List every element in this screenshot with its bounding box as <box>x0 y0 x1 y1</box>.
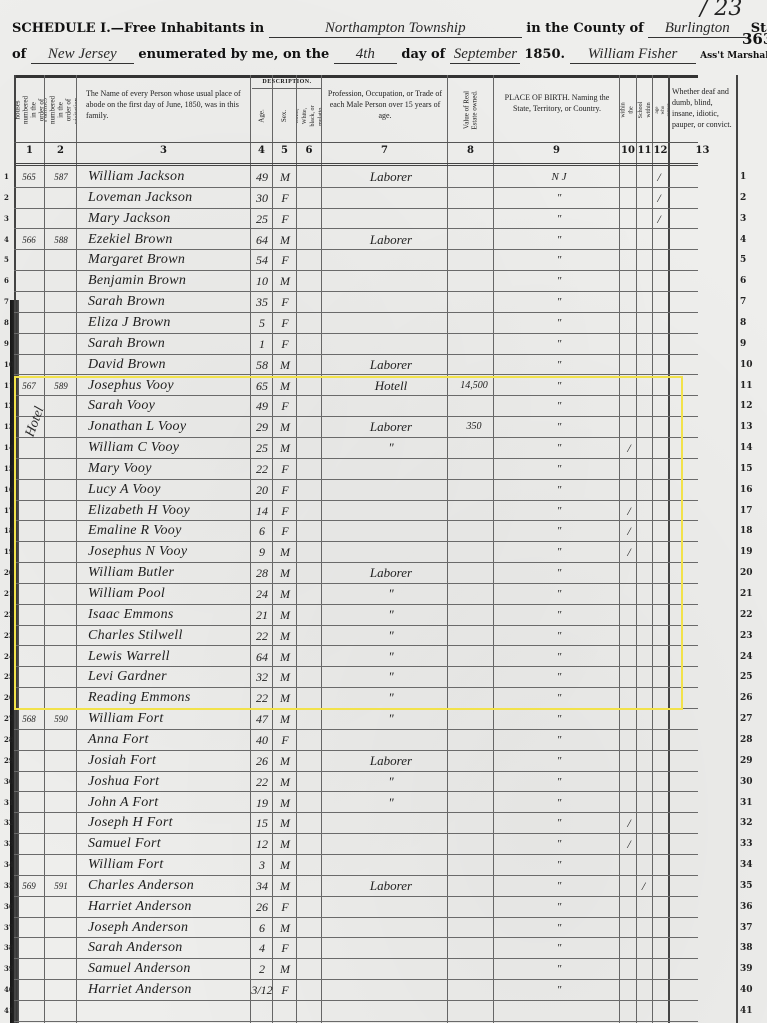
family-number <box>44 1000 78 1020</box>
real-estate-value: 350 <box>452 416 496 436</box>
real-estate-value <box>452 854 496 874</box>
married-mark <box>622 729 636 749</box>
cannot-read-mark <box>651 687 667 707</box>
cannot-read-mark <box>651 729 667 749</box>
birthplace-value: " <box>497 875 621 895</box>
school-mark <box>636 458 651 478</box>
table-row: Sarah Brown1F" <box>14 333 698 355</box>
cannot-read-mark <box>651 604 667 624</box>
birthplace-value: " <box>497 479 621 499</box>
sex-value: M <box>275 541 295 561</box>
married-mark <box>622 875 636 895</box>
age-value: 6 <box>251 520 273 540</box>
sex-value: F <box>275 312 295 332</box>
person-name: Mary Vooy <box>88 458 248 478</box>
dwelling-number <box>16 520 42 540</box>
cannot-read-mark <box>651 541 667 561</box>
sex-value: F <box>275 187 295 207</box>
line-number: 2 <box>740 193 746 203</box>
birthplace-value: " <box>497 562 621 582</box>
school-mark <box>636 500 651 520</box>
age-value: 32 <box>251 666 273 686</box>
school-mark <box>636 812 651 832</box>
age-value: 9 <box>251 541 273 561</box>
cannot-read-mark <box>651 270 667 290</box>
sex-value: F <box>275 208 295 228</box>
school-mark <box>636 166 651 186</box>
age-value: 34 <box>251 875 273 895</box>
person-name: Lewis Warrell <box>88 646 248 666</box>
school-mark <box>636 208 651 228</box>
sex-value: F <box>275 291 295 311</box>
real-estate-value <box>452 500 496 520</box>
age-value: 64 <box>251 646 273 666</box>
occupation-value: " <box>336 708 446 728</box>
dwelling-number <box>16 854 42 874</box>
real-estate-value <box>452 750 496 770</box>
occupation-value: " <box>336 437 446 457</box>
cannot-read-mark <box>651 583 667 603</box>
table-row: Joseph H Fort15M"/ <box>14 812 698 834</box>
sex-value: M <box>275 687 295 707</box>
person-name: Josephus N Vooy <box>88 541 248 561</box>
school-mark <box>636 1000 651 1020</box>
line-number: 1 <box>740 172 746 182</box>
age-value: 47 <box>251 708 273 728</box>
state-value: New Jersey <box>31 46 134 64</box>
birthplace-value: " <box>497 270 621 290</box>
person-name: Eliza J Brown <box>88 312 248 332</box>
person-name: Josephus Vooy <box>88 375 248 395</box>
sex-value: M <box>275 229 295 249</box>
dwelling-number <box>16 249 42 269</box>
school-mark <box>636 312 651 332</box>
age-value: 29 <box>251 416 273 436</box>
school-mark <box>636 416 651 436</box>
age-value: 49 <box>251 166 273 186</box>
person-name: William C Vooy <box>88 437 248 457</box>
cannot-read-mark <box>651 625 667 645</box>
married-mark <box>622 708 636 728</box>
school-mark <box>636 771 651 791</box>
birthplace-value: " <box>497 771 621 791</box>
real-estate-value <box>452 520 496 540</box>
occupation-value: " <box>336 666 446 686</box>
school-mark <box>636 792 651 812</box>
line-number: 40 <box>4 985 14 994</box>
occupation-value <box>336 333 446 353</box>
family-number <box>44 792 78 812</box>
person-name: Samuel Fort <box>88 833 248 853</box>
school-mark <box>636 666 651 686</box>
line-number: 16 <box>4 485 14 494</box>
married-mark <box>622 917 636 937</box>
top-scribble: / 23 <box>700 0 742 21</box>
school-mark <box>636 562 651 582</box>
table-row: Anna Fort40F" <box>14 729 698 751</box>
line-number: 19 <box>4 547 14 556</box>
line-number: 23 <box>740 631 753 641</box>
age-value: 64 <box>251 229 273 249</box>
line-number: 36 <box>4 902 14 911</box>
line-number: 10 <box>740 360 753 370</box>
married-mark <box>622 666 636 686</box>
age-value: 1 <box>251 333 273 353</box>
family-number: 588 <box>44 229 78 249</box>
column-number: 5 <box>273 145 296 156</box>
table-row: 566588Ezekiel Brown64MLaborer" <box>14 229 698 251</box>
real-estate-value <box>452 208 496 228</box>
age-value: 20 <box>251 479 273 499</box>
person-name: William Jackson <box>88 166 248 186</box>
occupation-value <box>336 1000 446 1020</box>
occupation-value: " <box>336 687 446 707</box>
married-mark <box>622 604 636 624</box>
table-row: Isaac Emmons21M"" <box>14 604 698 626</box>
occupation-value <box>336 937 446 957</box>
sex-value: M <box>275 583 295 603</box>
column-number: 2 <box>45 145 76 156</box>
occupation-value: " <box>336 792 446 812</box>
school-mark <box>636 354 651 374</box>
cannot-read-mark <box>651 354 667 374</box>
line-number: 29 <box>740 756 753 766</box>
cannot-read-mark <box>651 937 667 957</box>
line-number: 3 <box>4 214 9 223</box>
birthplace-value: " <box>497 646 621 666</box>
sex-value: M <box>275 750 295 770</box>
line-number: 8 <box>4 318 9 327</box>
occupation-value: " <box>336 583 446 603</box>
line-number: 21 <box>4 589 14 598</box>
person-name: Sarah Brown <box>88 333 248 353</box>
dwelling-number: 569 <box>16 875 42 895</box>
person-name: Emaline R Vooy <box>88 520 248 540</box>
married-mark <box>622 354 636 374</box>
real-estate-value <box>452 729 496 749</box>
married-mark <box>622 979 636 999</box>
real-estate-value <box>452 583 496 603</box>
person-name: Joseph Anderson <box>88 917 248 937</box>
family-number: 590 <box>44 708 78 728</box>
cannot-read-mark <box>651 854 667 874</box>
day-label: day of <box>401 47 445 62</box>
line-number: 15 <box>4 464 14 473</box>
married-mark <box>622 249 636 269</box>
family-number <box>44 771 78 791</box>
age-value: 6 <box>251 917 273 937</box>
table-row: Josiah Fort26MLaborer" <box>14 750 698 772</box>
line-number: 14 <box>740 443 753 453</box>
school-mark: / <box>636 875 651 895</box>
school-mark <box>636 750 651 770</box>
line-number: 22 <box>740 610 753 620</box>
married-mark: / <box>622 500 636 520</box>
school-mark <box>636 229 651 249</box>
line-number: 16 <box>740 485 753 495</box>
column-number: 13 <box>669 145 736 156</box>
line-number: 38 <box>4 943 14 952</box>
line-number: 11 <box>4 381 14 390</box>
sex-value: F <box>275 333 295 353</box>
family-number <box>44 354 78 374</box>
line-number: 37 <box>4 923 14 932</box>
line-number: 7 <box>4 297 9 306</box>
age-value: 19 <box>251 792 273 812</box>
real-estate-value <box>452 625 496 645</box>
school-mark <box>636 937 651 957</box>
line-number: 20 <box>740 568 753 578</box>
married-mark <box>622 270 636 290</box>
line-number: 28 <box>740 735 753 745</box>
table-row: 565587William Jackson49MLaborerN J/ <box>14 166 698 188</box>
table-row: Lewis Warrell64M"" <box>14 646 698 668</box>
age-value: 2 <box>251 958 273 978</box>
column-header-sex: Sex. <box>273 90 296 142</box>
person-name: Charles Stilwell <box>88 625 248 645</box>
line-number: 13 <box>740 422 753 432</box>
sex-value: F <box>275 520 295 540</box>
person-name: Isaac Emmons <box>88 604 248 624</box>
person-name: William Butler <box>88 562 248 582</box>
dwelling-number <box>16 792 42 812</box>
birthplace-value: " <box>497 937 621 957</box>
line-number: 17 <box>4 506 14 515</box>
real-estate-value <box>452 937 496 957</box>
cannot-read-mark <box>651 249 667 269</box>
dwelling-number <box>16 833 42 853</box>
column-number: 12 <box>653 145 668 156</box>
school-mark <box>636 896 651 916</box>
line-number: 24 <box>740 652 753 662</box>
column-number: 3 <box>77 145 250 156</box>
birthplace-value: " <box>497 854 621 874</box>
line-number: 31 <box>4 798 14 807</box>
real-estate-value <box>452 646 496 666</box>
cannot-read-mark <box>651 792 667 812</box>
occupation-value <box>336 979 446 999</box>
family-number <box>44 729 78 749</box>
cannot-read-mark: / <box>651 187 667 207</box>
table-row: William Pool24M"" <box>14 583 698 605</box>
married-mark <box>622 479 636 499</box>
person-name: Margaret Brown <box>88 249 248 269</box>
dwelling-number <box>16 437 42 457</box>
person-name: Ezekiel Brown <box>88 229 248 249</box>
dwelling-number <box>16 270 42 290</box>
line-number: 34 <box>4 860 14 869</box>
real-estate-value <box>452 166 496 186</box>
cannot-read-mark: / <box>651 166 667 186</box>
real-estate-value <box>452 291 496 311</box>
line-number: 25 <box>4 672 14 681</box>
school-mark <box>636 375 651 395</box>
occupation-value <box>336 729 446 749</box>
state-label: State <box>751 21 767 36</box>
line-number: 6 <box>4 276 9 285</box>
age-value: 5 <box>251 312 273 332</box>
line-number: 19 <box>740 547 753 557</box>
married-mark <box>622 958 636 978</box>
birthplace-value: " <box>497 687 621 707</box>
dwelling-number <box>16 479 42 499</box>
married-mark <box>622 291 636 311</box>
birthplace-value: " <box>497 208 621 228</box>
birthplace-value: " <box>497 729 621 749</box>
married-mark <box>622 416 636 436</box>
family-number <box>44 541 78 561</box>
real-estate-value <box>452 792 496 812</box>
line-number: 33 <box>4 839 14 848</box>
birthplace-value: " <box>497 625 621 645</box>
line-number: 26 <box>4 693 14 702</box>
school-mark <box>636 479 651 499</box>
person-name: Harriet Anderson <box>88 896 248 916</box>
birthplace-value <box>497 1000 621 1020</box>
table-row: Emaline R Vooy6F"/ <box>14 520 698 542</box>
dwelling-number <box>16 812 42 832</box>
line-number: 41 <box>4 1006 14 1015</box>
person-name <box>88 1000 248 1020</box>
occupation-value: Laborer <box>336 416 446 436</box>
column-header-age: Age. <box>251 90 272 142</box>
real-estate-value <box>452 917 496 937</box>
family-number <box>44 604 78 624</box>
birthplace-value: " <box>497 541 621 561</box>
occupation-value: Laborer <box>336 562 446 582</box>
birthplace-value: " <box>497 958 621 978</box>
line-number: 10 <box>4 360 14 369</box>
sex-value: M <box>275 604 295 624</box>
school-mark <box>636 729 651 749</box>
married-mark <box>622 187 636 207</box>
sex-value: M <box>275 354 295 374</box>
column-header-dwelling: Dwelling-houses numbered in the order of… <box>15 78 44 142</box>
school-mark <box>636 625 651 645</box>
family-number <box>44 312 78 332</box>
cannot-read-mark <box>651 375 667 395</box>
real-estate-value <box>452 395 496 415</box>
age-value: 3 <box>251 854 273 874</box>
birthplace-value: " <box>497 833 621 853</box>
table-row: Harriet Anderson26F" <box>14 896 698 918</box>
school-mark <box>636 917 651 937</box>
line-number: 14 <box>4 443 14 452</box>
family-number <box>44 917 78 937</box>
sex-value: M <box>275 792 295 812</box>
column-header-value: Value of Real Estate owned. <box>448 78 493 142</box>
age-value: 25 <box>251 208 273 228</box>
table-row: Elizabeth H Vooy14F"/ <box>14 500 698 522</box>
occupation-value <box>336 500 446 520</box>
married-mark: / <box>622 520 636 540</box>
dwelling-number: 568 <box>16 708 42 728</box>
real-estate-value <box>452 479 496 499</box>
day-value: 4th <box>334 46 397 64</box>
cannot-read-mark <box>651 875 667 895</box>
real-estate-value <box>452 562 496 582</box>
age-value: 54 <box>251 249 273 269</box>
line-number: 33 <box>740 839 753 849</box>
line-number: 32 <box>740 818 753 828</box>
column-number: 9 <box>494 145 619 156</box>
dwelling-number <box>16 646 42 666</box>
age-value: 10 <box>251 270 273 290</box>
birthplace-value: " <box>497 229 621 249</box>
birthplace-value: " <box>497 333 621 353</box>
title-label: —Free Inhabitants in <box>111 21 264 36</box>
line-number: 27 <box>4 714 14 723</box>
real-estate-value <box>452 249 496 269</box>
family-number <box>44 583 78 603</box>
sex-value: F <box>275 896 295 916</box>
family-number <box>44 958 78 978</box>
line-number: 3 <box>740 214 746 224</box>
person-name: William Fort <box>88 708 248 728</box>
column-header-school: Attended School within the year. <box>637 78 652 142</box>
married-mark <box>622 646 636 666</box>
table-row: Joshua Fort22M"" <box>14 771 698 793</box>
age-value: 15 <box>251 812 273 832</box>
occupation-value <box>336 854 446 874</box>
grid-line <box>736 75 738 1023</box>
column-header-family: Families numbered in the order of visita… <box>45 78 76 142</box>
cannot-read-mark <box>651 958 667 978</box>
sex-value: M <box>275 958 295 978</box>
person-name: Joshua Fort <box>88 771 248 791</box>
school-mark <box>636 604 651 624</box>
table-row: Samuel Fort12M"/ <box>14 833 698 855</box>
sex-value: M <box>275 562 295 582</box>
occupation-value: " <box>336 771 446 791</box>
line-number: 9 <box>740 339 746 349</box>
family-number <box>44 520 78 540</box>
line-number: 11 <box>740 381 753 391</box>
person-name: Jonathan L Vooy <box>88 416 248 436</box>
birthplace-value: " <box>497 437 621 457</box>
sex-value: M <box>275 270 295 290</box>
person-name: William Pool <box>88 583 248 603</box>
birthplace-value: " <box>497 416 621 436</box>
real-estate-value <box>452 979 496 999</box>
sex-value: M <box>275 771 295 791</box>
married-mark <box>622 625 636 645</box>
age-value: 26 <box>251 896 273 916</box>
birthplace-value: " <box>497 312 621 332</box>
school-mark <box>636 958 651 978</box>
line-number: 39 <box>740 964 753 974</box>
dwelling-number <box>16 666 42 686</box>
married-mark: / <box>622 541 636 561</box>
sex-value: M <box>275 625 295 645</box>
family-number <box>44 437 78 457</box>
married-mark <box>622 208 636 228</box>
birthplace-value: " <box>497 792 621 812</box>
real-estate-value <box>452 270 496 290</box>
dwelling-number <box>16 896 42 916</box>
age-value: 26 <box>251 750 273 770</box>
cannot-read-mark <box>651 562 667 582</box>
line-number: 9 <box>4 339 9 348</box>
column-header-name: The Name of every Person whose usual pla… <box>86 78 242 152</box>
table-row: Josephus N Vooy9M"/ <box>14 541 698 563</box>
line-number: 5 <box>740 255 746 265</box>
occupation-value <box>336 270 446 290</box>
family-number <box>44 416 78 436</box>
school-mark <box>636 437 651 457</box>
dwelling-number <box>16 583 42 603</box>
person-name: William Fort <box>88 854 248 874</box>
